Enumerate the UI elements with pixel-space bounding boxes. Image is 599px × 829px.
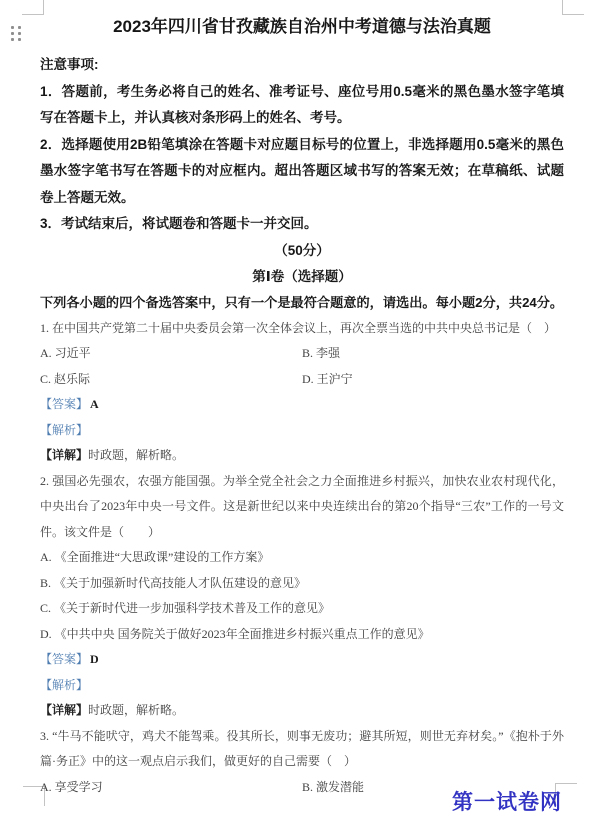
section-instruction: 下列各小题的四个备选答案中，只有一个是最符合题意的，请选出。每小题2分，共24分… — [40, 290, 564, 316]
question-2-option-b: B. 《关于加强新时代高技能人才队伍建设的意见》 — [40, 571, 564, 597]
question-1-detail: 时政题，解析略。 — [88, 448, 184, 462]
question-2: 2. 强国必先强农，农强方能国强。为举全党全社会之力全面推进乡村振兴，加快农业农… — [40, 469, 564, 724]
question-1-option-c: C. 赵乐际 — [40, 367, 302, 393]
document-content: 2023年四川省甘孜藏族自治州中考道德与法治真题 注意事项: 1．答题前，考生务… — [40, 14, 564, 800]
question-2-option-d: D. 《中共中央 国务院关于做好2023年全面推进乡村振兴重点工作的意见》 — [40, 622, 564, 648]
question-3-text: 3. “牛马不能吠守，鸡犬不能驾乘。役其所长，则事无废功；避其所短，则世无弃材矣… — [40, 724, 564, 775]
watermark-logo: 第一试卷网 — [452, 786, 562, 816]
question-2-options: A. 《全面推进“大思政课”建设的工作方案》 B. 《关于加强新时代高技能人才队… — [40, 545, 564, 647]
question-1-text: 1. 在中国共产党第二十届中央委员会第一次全体会议上，再次全票当选的中共中央总书… — [40, 316, 564, 342]
document-page: 2023年四川省甘孜藏族自治州中考道德与法治真题 注意事项: 1．答题前，考生务… — [0, 0, 599, 829]
question-2-option-c: C. 《关于新时代进一步加强科学技术普及工作的意见》 — [40, 596, 564, 622]
detail-marker: 【详解】 — [40, 703, 88, 717]
notice-item-1: 1．答题前，考生务必将自己的姓名、准考证号、座位号用0.5毫米的黑色墨水签字笔填… — [40, 79, 564, 132]
question-1-option-a: A. 习近平 — [40, 341, 302, 367]
page-title: 2023年四川省甘孜藏族自治州中考道德与法治真题 — [40, 14, 564, 40]
question-2-paren: （ ） — [112, 525, 160, 539]
question-1-options-row-1: A. 习近平 B. 李强 — [40, 341, 564, 367]
answer-marker: 【答案】 — [40, 652, 88, 666]
notice-item-2: 2．选择题使用2B铅笔填涂在答题卡对应题目标号的位置上，非选择题用0.5毫米的黑… — [40, 132, 564, 212]
question-1-answer: A — [88, 397, 99, 411]
question-1-option-d: D. 王沪宁 — [302, 367, 564, 393]
question-2-detail-line: 【详解】时政题，解析略。 — [40, 698, 564, 724]
question-2-analysis-line: 【解析】 — [40, 673, 564, 699]
analysis-marker: 【解析】 — [40, 678, 88, 692]
answer-marker: 【答案】 — [40, 397, 88, 411]
drag-handle-icon[interactable] — [11, 26, 21, 41]
question-2-detail: 时政题，解析略。 — [88, 703, 184, 717]
section-heading: 第Ⅰ卷（选择题） — [40, 264, 564, 290]
question-1-analysis-line: 【解析】 — [40, 418, 564, 444]
page-corner-mark-top-right — [562, 0, 584, 15]
question-1-answer-line: 【答案】A — [40, 392, 564, 418]
analysis-marker: 【解析】 — [40, 423, 88, 437]
notice-heading: 注意事项: — [40, 52, 564, 79]
question-2-option-a: A. 《全面推进“大思政课”建设的工作方案》 — [40, 545, 564, 571]
question-1: 1. 在中国共产党第二十届中央委员会第一次全体会议上，再次全票当选的中共中央总书… — [40, 316, 564, 469]
question-1-detail-line: 【详解】时政题，解析略。 — [40, 443, 564, 469]
notice-item-3: 3．考试结束后，将试题卷和答题卡一并交回。 — [40, 211, 564, 238]
question-1-option-b: B. 李强 — [302, 341, 564, 367]
page-corner-mark-top-left — [22, 0, 44, 15]
question-1-options-row-2: C. 赵乐际 D. 王沪宁 — [40, 367, 564, 393]
total-score: （50分） — [40, 238, 564, 264]
detail-marker: 【详解】 — [40, 448, 88, 462]
question-3-option-a: A. 享受学习 — [40, 775, 302, 801]
question-2-text: 2. 强国必先强农，农强方能国强。为举全党全社会之力全面推进乡村振兴，加快农业农… — [40, 469, 564, 546]
notice-section: 注意事项: 1．答题前，考生务必将自己的姓名、准考证号、座位号用0.5毫米的黑色… — [40, 52, 564, 238]
question-2-answer-line: 【答案】D — [40, 647, 564, 673]
question-2-answer: D — [88, 652, 99, 666]
